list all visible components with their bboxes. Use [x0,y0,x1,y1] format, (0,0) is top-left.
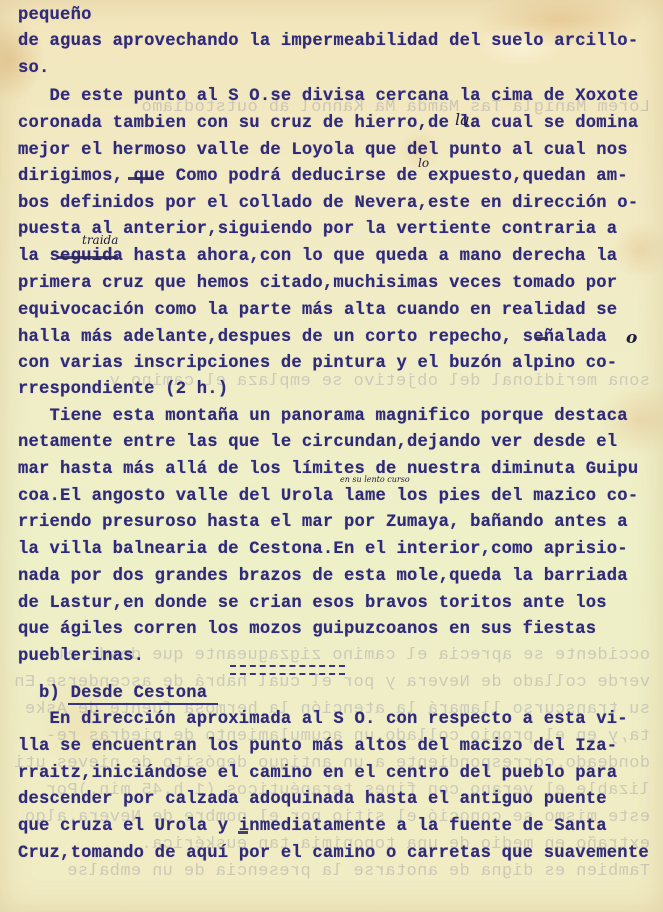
handwritten-annotation: en su lento curso [340,475,410,484]
text-line: En dirección aproximada al S O. con resp… [18,710,628,729]
strikethrough-mark [128,177,154,180]
text-line: netamente entre las que le circundan,dej… [18,433,617,452]
text-line: con varias inscripciones de pintura y el… [18,354,617,373]
handwritten-annotation: o [626,328,637,348]
strikethrough-mark [536,337,548,340]
document-page: Lorem Manigla Tas Mamda Ma Kannol ab out… [0,0,663,912]
text-line: nada por dos grandes brazos de esta mole… [18,567,628,586]
text-line: rriendo presuroso hasta el mar por Zumay… [18,513,628,532]
text-line: lla se encuentran los punto más altos de… [18,737,617,756]
text-line: rraitz,iniciándose el camino en el centr… [18,764,617,783]
heading-underline [68,703,218,705]
text-line: descender por calzada adoquinada hasta e… [18,790,607,809]
text-line: mar hasta más allá de los límites de nue… [18,460,638,479]
text-line: de Lastur,en donde se crian esos bravos … [18,594,607,613]
text-line: coa.El angosto valle del Urola lame los … [18,487,638,506]
text-line: dirigimos, que Como podrá deducirse de e… [18,167,628,186]
strikethrough-mark [58,256,118,259]
strikethrough-mark [238,831,248,834]
text-line: la villa balnearia de Cestona.En el inte… [18,540,628,559]
text-line: coronada tambien con su cruz de hierro,d… [18,114,638,133]
section-heading: b) Desde Cestona [18,684,207,703]
text-line: De este punto al S O.se divisa cercana l… [18,87,638,106]
text-line: de aguas aprovechando la impermeabilidad… [18,32,638,51]
text-line: que cruza el Urola y inmediatamente a la… [18,817,607,836]
text-line: Tiene esta montaña un panorama magnifico… [18,407,628,426]
handwritten-annotation: lo [418,156,429,170]
bleed-through-line: Tambien es digna de anotarse la presenci… [30,862,650,881]
text-line: mejor el hermoso valle de Loyola que del… [18,141,628,160]
separator-rule [230,665,345,675]
text-line: primera cruz que hemos citado,muchisimas… [18,274,617,293]
handwritten-annotation: traida [82,233,118,247]
text-line: pueblerinas. [18,647,144,666]
text-line: halla más adelante,despues de un corto r… [18,328,607,347]
text-line: pequeño [18,6,92,25]
text-line: rrespondiente (2 h.) [18,380,228,399]
handwritten-annotation: la [455,110,470,129]
text-line: Cruz,tomando de aquí por el camino o car… [18,844,649,863]
text-line: que ágiles corren los mozos guipuzcoanos… [18,620,596,639]
text-line: so. [18,59,50,78]
text-line: bos definidos por el collado de Nevera,e… [18,194,638,213]
text-line: equivocación como la parte más alta cuan… [18,301,617,320]
